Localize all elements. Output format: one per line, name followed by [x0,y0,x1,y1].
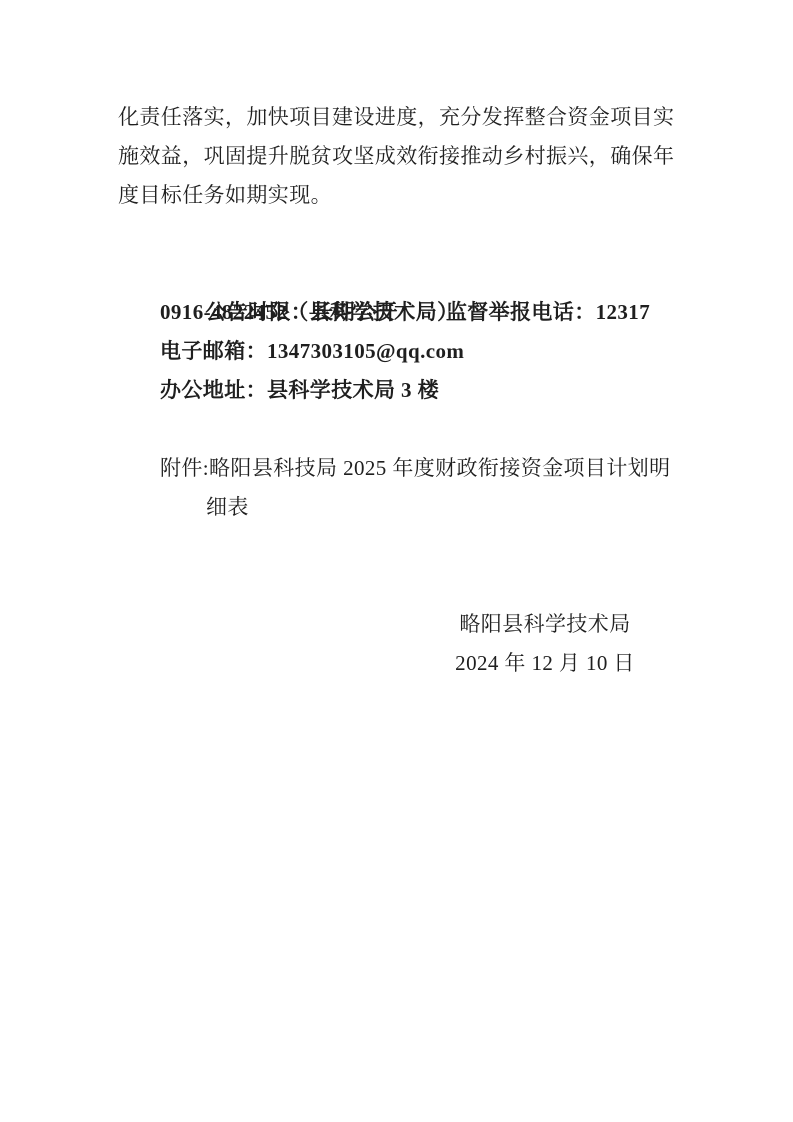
paragraph-line-3: 度目标任务如期实现。 [118,176,675,215]
document-page: 化责任落实，加快项目建设进度，充分发挥整合资金项目实 施效益，巩固提升脱贫攻坚成… [0,0,793,1122]
signature-org: 略阳县科学技术局 [400,605,690,644]
contact-address-line: 办公地址：县科学技术局 3 楼 [160,371,675,410]
contact-info-block: 公告时限：长期公开监督举报电话：12317 0916-4822452（县科学技术… [160,254,675,410]
paragraph-line-2: 施效益，巩固提升脱贫攻坚成效衔接推动乡村振兴，确保年 [118,137,675,176]
paragraph-line-1: 化责任落实，加快项目建设进度，充分发挥整合资金项目实 [118,98,675,137]
blank-line [118,215,675,254]
supervision-phone-label: 监督举报电话：12317 [446,300,650,324]
blank-lines [118,527,675,605]
signature-date: 2024 年 12 月 10 日 [400,644,690,683]
body-paragraph: 化责任落实，加快项目建设进度，充分发挥整合资金项目实 施效益，巩固提升脱贫攻坚成… [118,98,675,215]
attachment-line-1: 附件:略阳县科技局 2025 年度财政衔接资金项目计划明 [160,449,675,488]
signature-block: 略阳县科学技术局 2024 年 12 月 10 日 [400,605,690,683]
blank-line [118,410,675,449]
notice-period-line: 公告时限：长期公开监督举报电话：12317 [160,254,675,293]
attachment-block: 附件:略阳县科技局 2025 年度财政衔接资金项目计划明 细表 [160,449,675,527]
document-content: 化责任落实，加快项目建设进度，充分发挥整合资金项目实 施效益，巩固提升脱贫攻坚成… [118,98,675,683]
attachment-line-2: 细表 [160,488,675,527]
contact-email-line: 电子邮箱：1347303105@qq.com [160,332,675,371]
